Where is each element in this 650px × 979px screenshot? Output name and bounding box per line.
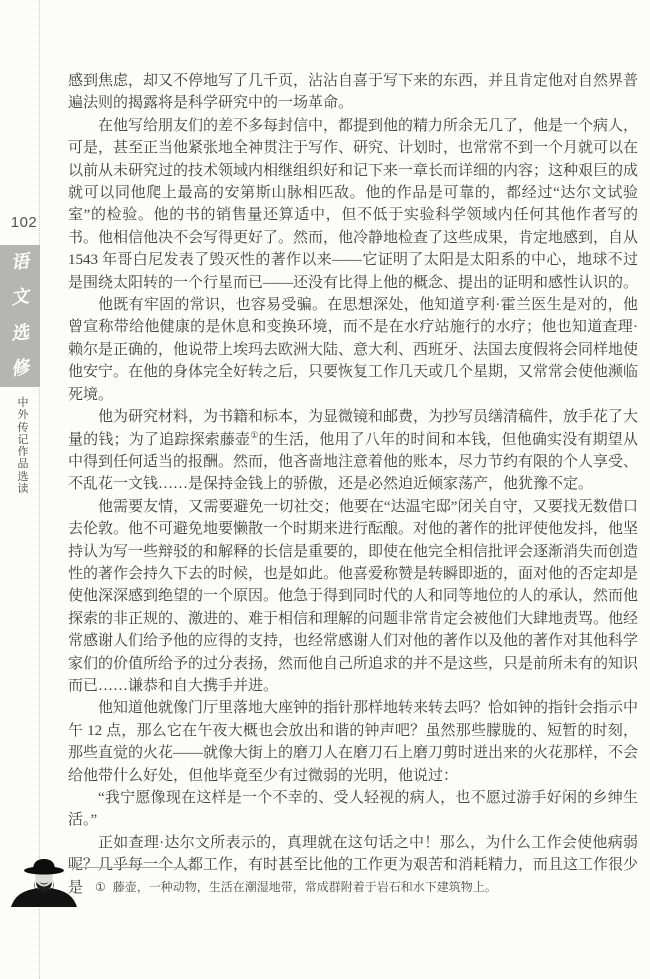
footnote: ①藤壶，一种动物，生活在潮湿地带，常成群附着于岩石和水下建筑物上。 xyxy=(95,879,595,896)
body-text: 感到焦虑，却又不停地写了几千页，沾沾自喜于写下来的东西，并且肯定他对自然界普遍法… xyxy=(68,70,638,899)
vertical-char: 品 xyxy=(18,458,29,470)
subseries-title-vertical: 中外传记作品选读 xyxy=(11,397,35,495)
body-paragraph: 他既有牢固的常识，也容易受骗。在思想深处，他知道亨利·霍兰医生是对的，他曾宣称带… xyxy=(68,294,638,406)
body-paragraph: 他为研究材料，为书籍和标本，为显微镜和邮费，为抄写员缮清稿件，放手花了大量的钱；… xyxy=(68,406,638,496)
vertical-char: 语 xyxy=(10,252,30,272)
vertical-char: 传 xyxy=(18,422,29,434)
vertical-char: 选 xyxy=(18,471,29,483)
vertical-char: 外 xyxy=(18,409,29,421)
body-paragraph: 他需要友情，又需要避免一切社交；他要在“达温宅邸”闭关自守，又要找无数借口去伦敦… xyxy=(68,496,638,698)
vertical-char: 修 xyxy=(10,358,30,378)
footnote-divider xyxy=(68,867,200,868)
vertical-char: 文 xyxy=(10,287,30,307)
darwin-portrait-icon xyxy=(10,855,78,907)
body-paragraph: 感到焦虑，却又不停地写了几千页，沾沾自喜于写下来的东西，并且肯定他对自然界普遍法… xyxy=(68,70,638,115)
body-paragraph: 在他写给朋友们的差不多每封信中，都提到他的精力所余无几了，他是一个病人，可是，甚… xyxy=(68,115,638,294)
footnote-text: 藤壶，一种动物，生活在潮湿地带，常成群附着于岩石和水下建筑物上。 xyxy=(113,880,497,894)
vertical-char: 作 xyxy=(18,446,29,458)
margin-rule xyxy=(39,0,40,979)
series-title-banner: 语文选修 xyxy=(0,245,40,387)
page-number: 102 xyxy=(8,214,40,231)
footnote-marker: ① xyxy=(95,880,106,894)
vertical-char: 选 xyxy=(10,323,30,343)
vertical-char: 读 xyxy=(18,483,29,495)
body-paragraph: “我宁愿像现在这样是一个不幸的、受人轻视的病人，也不愿过游手好闲的乡绅生活。” xyxy=(68,787,638,832)
body-paragraph: 他知道他就像门厅里落地大座钟的指针那样地转来转去吗？恰如钟的指针会指示中午 12… xyxy=(68,697,638,787)
textbook-page: 102 语文选修 中外传记作品选读 感到焦虑，却又不停地写了几千页，沾沾自喜于写… xyxy=(0,0,650,979)
vertical-char: 中 xyxy=(18,397,29,409)
vertical-char: 记 xyxy=(18,434,29,446)
footnote-ref-marker: ① xyxy=(250,430,258,440)
